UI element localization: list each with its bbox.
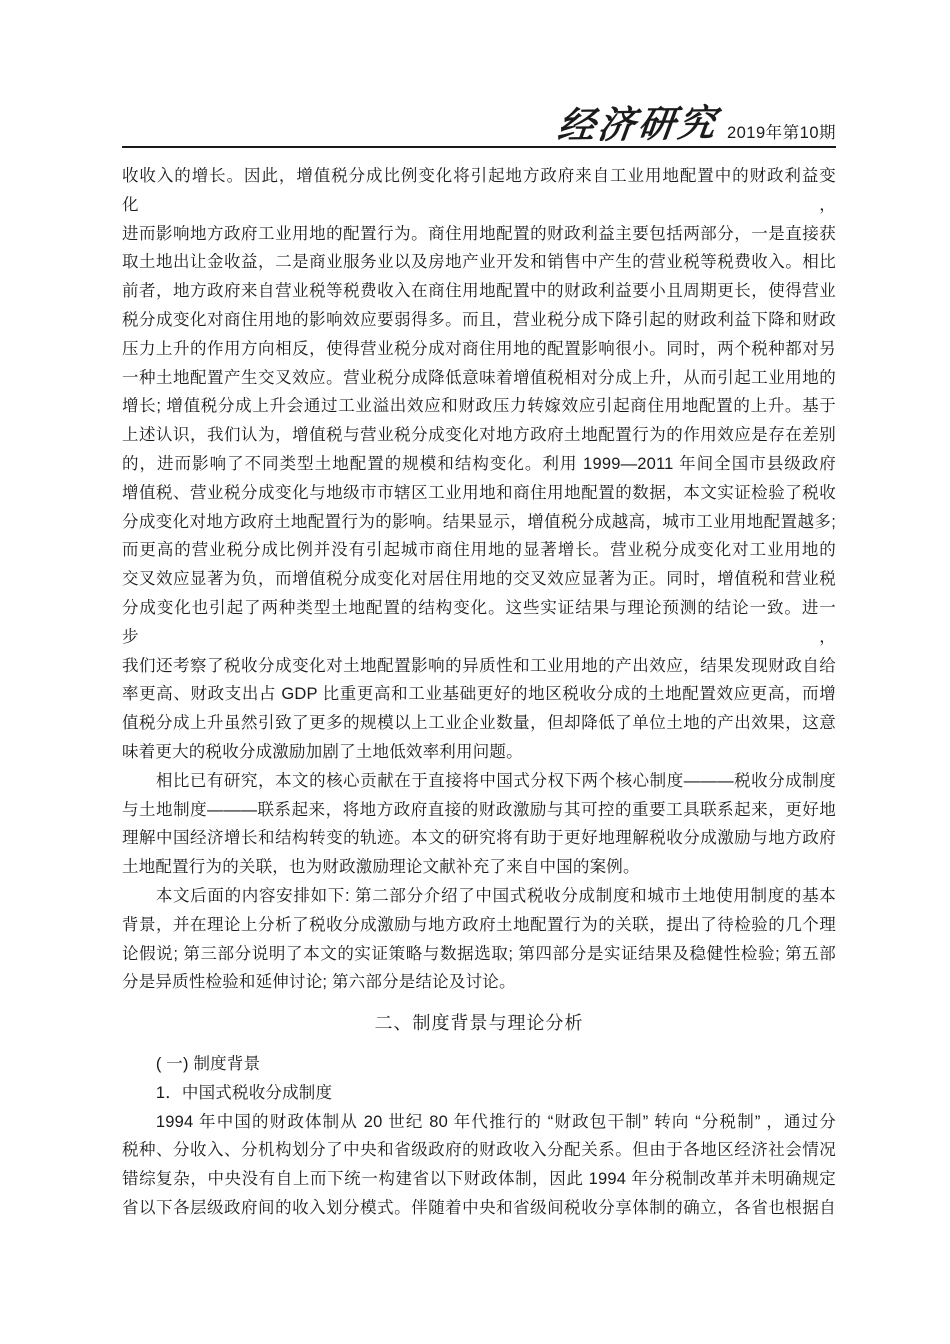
subsection-heading: 1．中国式税收分成制度 xyxy=(122,1079,836,1108)
text-line: 收收入的增长。因此，增值税分成比例变化将引起地方政府来自工业用地配置中的财政利益… xyxy=(122,162,836,220)
text-line: 与土地制度———联系起来，将地方政府直接的财政激励与其可控的重要工具联系起来，更… xyxy=(122,796,836,825)
header-rule xyxy=(122,146,836,148)
text-line: 税分成变化对商住用地的影响效应要弱得多。而且，营业税分成下降引起的财政利益下降和… xyxy=(122,306,836,335)
text-line: 税种、分收入、分机构划分了中央和省级政府的财政收入分配关系。但由于各地区经济社会… xyxy=(122,1136,836,1165)
text-line: 进而影响地方政府工业用地的配置行为。商住用地配置的财政利益主要包括两部分，一是直… xyxy=(122,220,836,249)
text-line: 压力上升的作用方向相反，使得营业税分成对商住用地的配置影响很小。同时，两个税种都… xyxy=(122,335,836,364)
text-line: 分是异质性检验和延伸讨论; 第六部分是结论及讨论。 xyxy=(122,968,836,997)
text-line: 理解中国经济增长和结构转变的轨迹。本文的研究将有助于更好地理解税收分成激励与地方… xyxy=(122,824,836,853)
text-line: 交叉效应显著为负，而增值税分成变化对居住用地的交叉效应显著为正。同时，增值税和营… xyxy=(122,565,836,594)
text-line: 增值税、营业税分成变化与地级市市辖区工业用地和商住用地配置的数据，本文实证检验了… xyxy=(122,479,836,508)
text-line: 味着更大的税收分成激励加剧了土地低效率利用问题。 xyxy=(122,738,836,767)
text-line: 土地配置行为的关联，也为财政激励理论文献补充了来自中国的案例。 xyxy=(122,853,836,882)
text-line: 背景，并在理论上分析了税收分成激励与地方政府土地配置行为的关联，提出了待检验的几… xyxy=(122,911,836,940)
text-line: 取土地出让金收益，二是商业服务业以及房地产业开发和销售中产生的营业税等税费收入。… xyxy=(122,248,836,277)
text-line: 相比已有研究，本文的核心贡献在于直接将中国式分权下两个核心制度———税收分成制度 xyxy=(122,767,836,796)
text-line: 而更高的营业税分成比例并没有引起城市商住用地的显著增长。营业税分成变化对工业用地… xyxy=(122,536,836,565)
text-line: 我们还考察了税收分成变化对土地配置影响的异质性和工业用地的产出效应，结果发现财政… xyxy=(122,652,836,681)
text-line: 值税分成上升虽然引致了更多的规模以上工业企业数量，但却降低了单位土地的产出效果，… xyxy=(122,709,836,738)
text-line: 1994 年中国的财政体制从 20 世纪 80 年代推行的 “财政包干制” 转向… xyxy=(122,1108,836,1137)
journal-page: 经济研究 2019年第10期 收收入的增长。因此，增值税分成比例变化将引起地方政… xyxy=(0,0,950,1344)
text-line: 一种土地配置产生交叉效应。营业税分成降低意味着增值税相对分成上升，从而引起工业用… xyxy=(122,364,836,393)
text-line: 分成变化也引起了两种类型土地配置的结构变化。这些实证结果与理论预测的结论一致。进… xyxy=(122,594,836,652)
section-heading: 二、制度背景与理论分析 xyxy=(122,1009,836,1038)
text-line: 省以下各层级政府间的收入划分模式。伴随着中央和省级间税收分享体制的确立，各省也根… xyxy=(122,1194,836,1223)
article-body: 收收入的增长。因此，增值税分成比例变化将引起地方政府来自工业用地配置中的财政利益… xyxy=(122,162,836,1223)
text-line: 率更高、财政支出占 GDP 比重更高和工业基础更好的地区税收分成的土地配置效应更… xyxy=(122,680,836,709)
text-line: 前者，地方政府来自营业税等税费收入在商住用地配置中的财政利益要小且周期更长，使得… xyxy=(122,277,836,306)
subsection-heading: ( 一) 制度背景 xyxy=(122,1050,836,1079)
text-line: 上述认识，我们认为，增值税与营业税分成变化对地方政府土地配置行为的作用效应是存在… xyxy=(122,421,836,450)
journal-logo: 经济研究 xyxy=(555,105,720,146)
text-line: 的，进而影响了不同类型土地配置的规模和结构变化。利用 1999—2011 年间全… xyxy=(122,450,836,479)
issue-label: 2019年第10期 xyxy=(727,125,836,145)
text-line: 增长; 增值税分成上升会通过工业溢出效应和财政压力转嫁效应引起商住用地配置的上升… xyxy=(122,392,836,421)
text-line: 论假说; 第三部分说明了本文的实证策略与数据选取; 第四部分是实证结果及稳健性检… xyxy=(122,940,836,969)
text-line: 错综复杂，中央没有自上而下统一构建省以下财政体制，因此 1994 年分税制改革并… xyxy=(122,1165,836,1194)
text-line: 本文后面的内容安排如下: 第二部分介绍了中国式税收分成制度和城市土地使用制度的基… xyxy=(122,882,836,911)
text-line: 分成变化对地方政府土地配置行为的影响。结果显示，增值税分成越高，城市工业用地配置… xyxy=(122,508,836,537)
page-header: 经济研究 2019年第10期 xyxy=(122,94,836,144)
